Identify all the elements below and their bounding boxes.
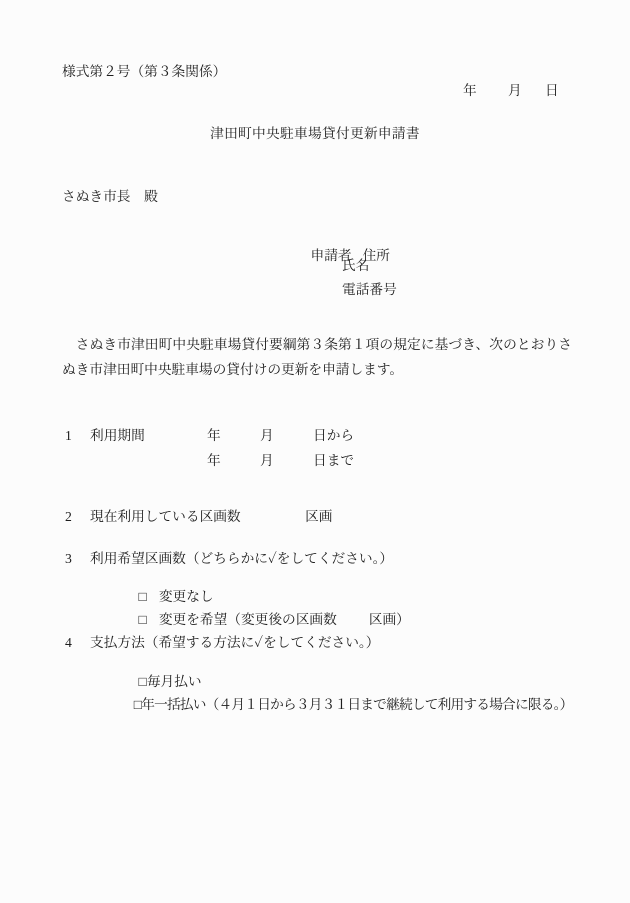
item-1-to-year: 年 xyxy=(207,454,221,468)
item-3-label: 利用希望区画数（どちらかに✓をしてください。） xyxy=(90,552,393,566)
item-3-number: 3 xyxy=(65,552,72,566)
item-4-number: 4 xyxy=(65,636,72,650)
item-2-number: 2 xyxy=(65,510,72,524)
item-1-number: 1 xyxy=(65,429,72,443)
item-2-unit-label: 区画 xyxy=(305,510,332,524)
document-page: 様式第２号（第３条関係） 年 月 日 津田町中央駐車場貸付更新申請書 さぬき市長… xyxy=(0,0,630,903)
item-1-to-month: 月 xyxy=(260,454,274,468)
item-1-from-day: 日から xyxy=(313,429,354,443)
item-1-from-year: 年 xyxy=(207,429,221,443)
date-year-label: 年 xyxy=(463,84,477,98)
body-paragraph: さぬき市津田町中央駐車場貸付要綱第３条第１項の規定に基づき、次のとおりさぬき市津… xyxy=(62,332,572,383)
item-3-option-change: □変更を希望（変更後の区画数区画） xyxy=(118,599,410,640)
item-3-option-2-unit: 区画） xyxy=(369,612,410,627)
checkbox-icon: □ xyxy=(139,612,147,627)
date-day-label: 日 xyxy=(545,84,559,98)
form-number: 様式第２号（第３条関係） xyxy=(62,65,226,79)
date-month-label: 月 xyxy=(508,84,522,98)
document-title: 津田町中央駐車場貸付更新申請書 xyxy=(0,127,630,141)
date-line: 年 月 日 xyxy=(463,84,477,153)
applicant-name-label: 氏名 xyxy=(342,259,369,273)
applicant-phone-label: 電話番号 xyxy=(342,283,397,297)
item-1-to-day: 日まで xyxy=(313,454,354,468)
item-1-from-month: 月 xyxy=(260,429,274,443)
item-1-label: 利用期間 xyxy=(90,429,145,443)
item-4-option-2-label: 年一括払い（４月１日から３月３１日まで継続して利用する場合に限る。） xyxy=(141,697,572,712)
applicant-address-row: 申請者住所 xyxy=(290,235,390,276)
item-4-label: 支払方法（希望する方法に✓をしてください。） xyxy=(90,636,379,650)
item-2-label: 現在利用している区画数 xyxy=(90,510,241,524)
recipient-line: さぬき市長 殿 xyxy=(62,190,158,204)
item-3-option-2-label: 変更を希望（変更後の区画数 xyxy=(159,612,337,627)
item-4-option-annual: □年一括払い（４月１日から３月３１日まで継続して利用する場合に限る。） xyxy=(118,684,573,725)
